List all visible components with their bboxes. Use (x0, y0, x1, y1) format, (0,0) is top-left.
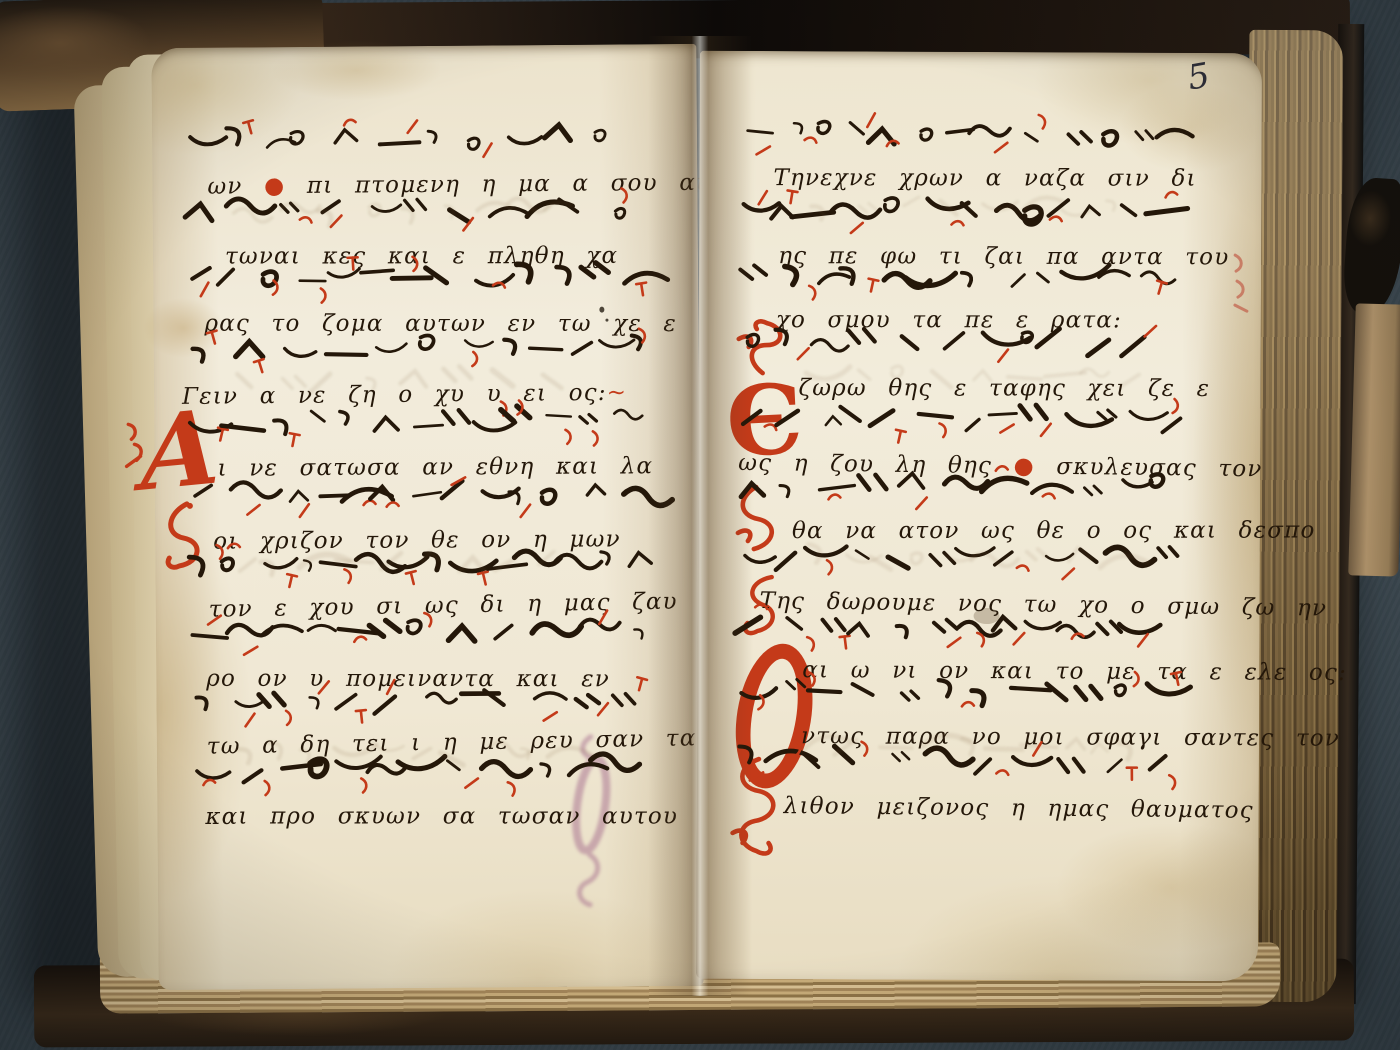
neume-line (739, 609, 1191, 641)
show-through-neumes (235, 545, 595, 578)
neume-line (741, 327, 1193, 359)
show-through-neumes (809, 191, 1159, 223)
stain (271, 40, 441, 101)
neume-line (191, 477, 659, 511)
rubric-marginal-sign (1229, 249, 1255, 319)
neume-line (742, 117, 1194, 149)
show-through-neumes (809, 361, 1159, 393)
left-page: Α ων ● πι πτομενη η μα α σου αιτωναι κες… (151, 44, 703, 990)
manuscript-photo: Α ων ● πι πτομενη η μα α σου αιτωναι κες… (0, 0, 1400, 1050)
neume-line (740, 402, 1192, 434)
show-through-neumes (234, 365, 594, 398)
right-page: 5 Є Τηνεχνε χρων α ναζα σιν διης πε φω τ… (696, 51, 1262, 981)
neume-line (192, 682, 660, 716)
show-through-neumes (808, 541, 1158, 573)
neume-line (192, 614, 660, 648)
show-through-neumes (237, 735, 597, 768)
leather-strap (1348, 303, 1400, 576)
neume-line (188, 122, 656, 156)
page-number: 5 (1185, 55, 1213, 98)
show-through-neumes (807, 731, 1157, 763)
rubric-marginal-sign (120, 416, 154, 476)
show-through-neumes (232, 195, 592, 228)
chant-text-line: λιθον μειζονος η ημας θαυματος (784, 793, 1254, 824)
neume-line (189, 259, 657, 293)
chant-text-segment: Τηνεχνε χρων α ναζα σιν δι (773, 165, 1196, 192)
chant-text-segment: και προ σκυων σα τωσαν αυτου (205, 804, 678, 830)
chant-text-segment: λιθον μειζονος η ημας θαυματος (784, 793, 1254, 824)
neume-line (740, 470, 1192, 502)
stain (1056, 822, 1287, 953)
chant-text-line: και προ σκυων σα τωσαν αυτου (205, 804, 678, 830)
neume-line (190, 332, 658, 366)
neume-line (739, 675, 1191, 707)
chant-text-line: Τηνεχνε χρων α ναζα σιν δι (773, 165, 1196, 192)
neume-line (741, 259, 1193, 291)
chant-text-segment: ~ (607, 380, 628, 406)
neume-line (190, 404, 658, 438)
